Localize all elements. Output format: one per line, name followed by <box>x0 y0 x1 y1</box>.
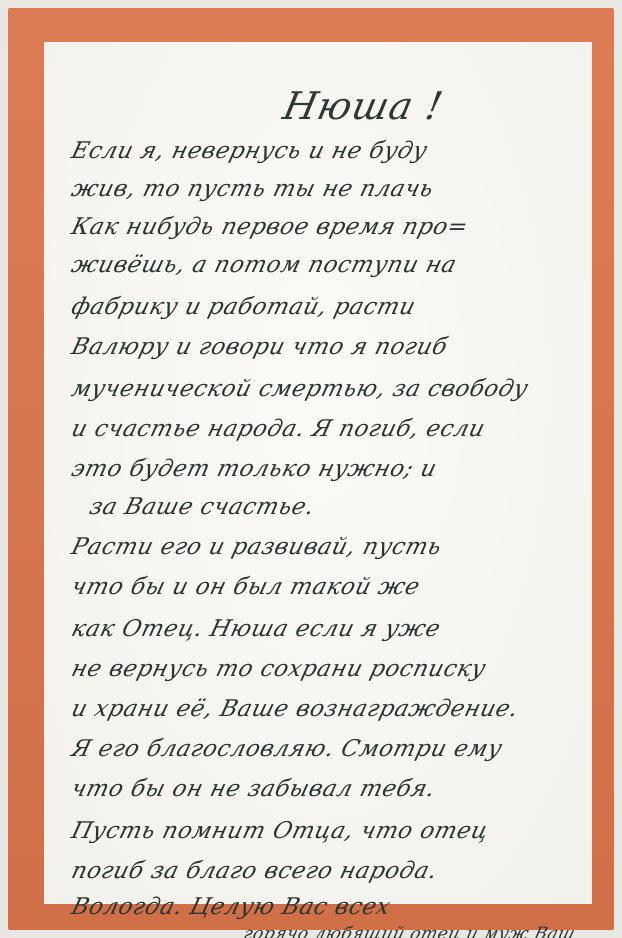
letter-line: мученической смертью, за свободу <box>69 376 531 402</box>
letter-line: что бы он не забывал тебя. <box>69 776 438 802</box>
letter-line: Расти его и развивай, пусть <box>69 534 445 560</box>
letter-line: не вернусь то сохрани росписку <box>69 656 489 682</box>
letter-line: это будет только нужно; и <box>69 456 440 482</box>
letter-line: Валюру и говори что я погиб <box>69 334 450 360</box>
letter-line: фабрику и работай, расти <box>69 294 419 320</box>
letter-line: и храни её, Ваше вознаграждение. <box>69 696 521 722</box>
letter-line: Пусть помнит Отца, что отец <box>69 818 491 844</box>
letter-line: Как нибудь первое время про= <box>69 214 471 240</box>
letter-line: жив, то пусть ты не плачь <box>69 176 437 202</box>
letter-paper: Нюша ! Если я, невернусь и не буду жив, … <box>44 42 592 904</box>
letter-line: живёшь, а потом поступи на <box>69 252 460 278</box>
letter-line: как Отец. Нюша если я уже <box>69 616 443 642</box>
letter-title: Нюша ! <box>279 84 447 128</box>
letter-frame: Нюша ! Если я, невернусь и не буду жив, … <box>8 8 614 930</box>
letter-line: за Ваше счастье. <box>87 494 317 520</box>
letter-line: погиб за благо всего народа. <box>69 858 440 884</box>
letter-line: и счастье народа. Я погиб, если <box>69 416 488 442</box>
letter-line: Если я, невернусь и не буду <box>69 138 430 164</box>
letter-line: Я его благословляю. Смотри ему <box>69 736 505 762</box>
letter-signature: горячо любящий отец и муж Ваш <box>242 924 578 938</box>
letter-line: Вологда. Целую Вас всех <box>69 894 394 920</box>
letter-line: что бы и он был такой же <box>69 574 423 600</box>
